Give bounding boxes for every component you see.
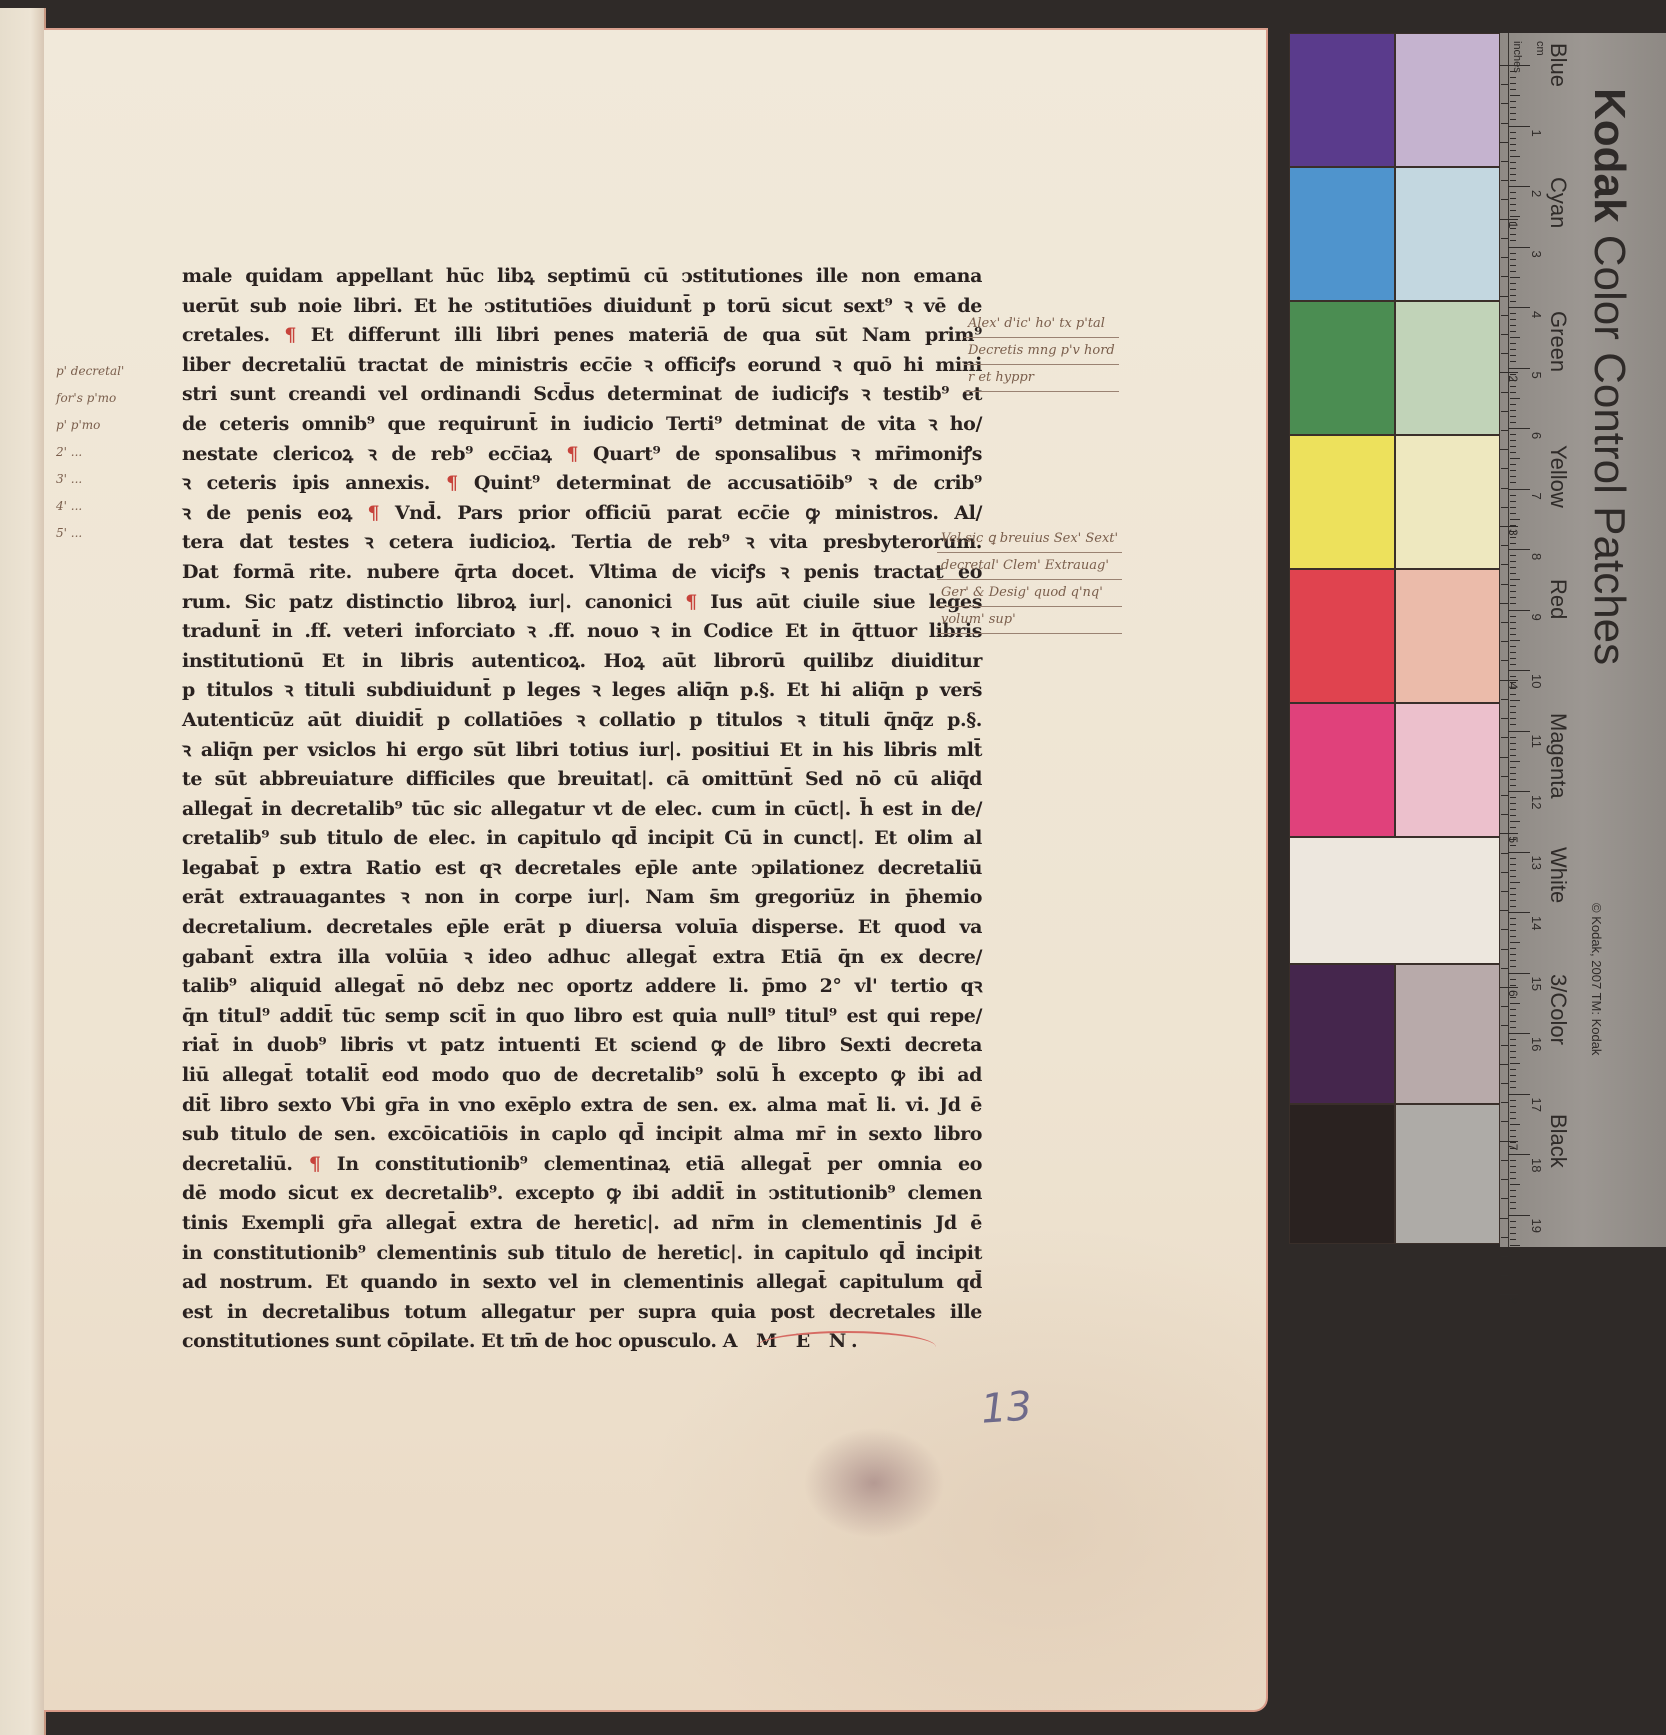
- ruler-tick: [1510, 192, 1516, 193]
- patch-cyan-full: [1289, 167, 1395, 301]
- text-line: tinis Exempli gr̄a allegat̄ extra de her…: [182, 1209, 982, 1239]
- ruler-tick: [1510, 228, 1516, 229]
- ruler-tick: [1510, 1124, 1520, 1125]
- ruler-tick: [1510, 83, 1516, 84]
- ruler-tick: [1510, 664, 1516, 665]
- ruler-tick: [1508, 852, 1530, 853]
- ruler-tick: [1510, 827, 1516, 828]
- inch-tick: [1501, 795, 1508, 796]
- cm-label: 17: [1529, 1098, 1544, 1112]
- patch-label: Yellow: [1545, 445, 1571, 508]
- inch-tick: [1501, 1045, 1508, 1046]
- ruler-tick: [1510, 573, 1516, 574]
- text-line: gabant̄ extra illa volūia ꝛ ideo adhuc a…: [182, 943, 982, 973]
- ruler-tick: [1510, 1039, 1516, 1040]
- ruler-tick: [1510, 253, 1516, 254]
- ruler-tick: [1510, 210, 1516, 211]
- cm-label: 13: [1529, 856, 1544, 870]
- ruler-tick: [1510, 930, 1516, 931]
- ruler-tick: [1510, 1184, 1520, 1185]
- inch-tick: [1501, 257, 1508, 258]
- ruler-tick: [1510, 1112, 1516, 1113]
- ruler-tick: [1510, 416, 1516, 417]
- ruler-tick: [1510, 101, 1516, 102]
- patch-yellow-full: [1289, 435, 1395, 569]
- ruler-tick: [1510, 579, 1520, 580]
- marginalia-line: r et hyppr: [964, 365, 1119, 392]
- text-line: decretalium. decretales ep̄le erāt p diu…: [182, 913, 982, 943]
- inch-tick: [1501, 276, 1508, 277]
- patch-yellow-tint: [1395, 435, 1500, 569]
- ruler-tick: [1510, 398, 1520, 399]
- text-line: allegat̄ in decretalib⁹ tūc sic allegatu…: [182, 795, 982, 825]
- ruler-tick: [1510, 900, 1516, 901]
- ruler-tick: [1510, 361, 1516, 362]
- text-line: decretaliū. ¶ In constitutionib⁹ clement…: [182, 1150, 982, 1180]
- ruler-tick: [1510, 289, 1516, 290]
- ruler-tick: [1510, 1081, 1516, 1082]
- ruler-tick: [1508, 549, 1530, 550]
- ruler-tick: [1510, 706, 1516, 707]
- inch-tick: [1501, 392, 1508, 393]
- ruler-tick: [1508, 186, 1530, 187]
- ruler-tick: [1510, 821, 1520, 822]
- ruler-tick: [1510, 767, 1516, 768]
- ruler-tick: [1510, 658, 1516, 659]
- ruler-tick: [1510, 313, 1516, 314]
- inch-tick: [1501, 103, 1508, 104]
- ruler-tick: [1510, 591, 1516, 592]
- ruler-tick: [1510, 519, 1520, 520]
- ruler-tick: [1510, 966, 1516, 967]
- inch-label: 6: [1506, 990, 1520, 997]
- ruler-tick: [1510, 513, 1516, 514]
- inch-tick: [1501, 699, 1508, 700]
- cm-label: 2: [1529, 190, 1544, 197]
- ruler-tick: [1510, 452, 1516, 453]
- text-line: legabat̄ p extra Ratio est qꝛ decretales…: [182, 854, 982, 884]
- text-line: nestate clericoꝝ ꝛ de reb⁹ ecc̄iaꝝ ¶ Qua…: [182, 440, 982, 470]
- ruler-tick: [1510, 1021, 1516, 1022]
- ruler-tick: [1510, 501, 1516, 502]
- ruler-tick: [1510, 773, 1516, 774]
- ruler-tick: [1510, 337, 1520, 338]
- text-line: cretales. ¶ Et differunt illi libri pene…: [182, 321, 982, 351]
- cm-label: 6: [1529, 432, 1544, 439]
- patch-label: Green: [1545, 311, 1571, 372]
- ruler-tick: [1510, 113, 1516, 114]
- inch-tick: [1501, 1160, 1508, 1161]
- inch-tick: [1500, 833, 1518, 834]
- patch-label: Cyan: [1545, 177, 1571, 228]
- ruler-tick: [1510, 924, 1516, 925]
- inch-tick: [1501, 1006, 1508, 1007]
- ruler-tick: [1510, 888, 1516, 889]
- ruler-tick: [1510, 162, 1516, 163]
- ruler-tick: [1510, 1221, 1516, 1222]
- cm-label: 14: [1529, 916, 1544, 930]
- inch-tick: [1501, 1025, 1508, 1026]
- ruler-tick: [1510, 985, 1516, 986]
- book-page: male quidam appellant hūc libꝝ septimū c…: [44, 28, 1268, 1712]
- patch-magenta-full: [1289, 703, 1395, 837]
- left-fold-strip: [0, 8, 46, 1735]
- text-line: de ceteris omnib⁹ que requirunt̄ in iudi…: [182, 410, 982, 440]
- ruler-tick: [1510, 265, 1516, 266]
- ruler-tick: [1510, 894, 1516, 895]
- marginalia-line: Vel sic ꝗ breuius Sex' Sext': [937, 526, 1122, 553]
- inch-tick: [1501, 545, 1508, 546]
- ruler-tick: [1510, 616, 1516, 617]
- ruler-tick: [1510, 1130, 1516, 1131]
- ruler-tick: [1510, 156, 1520, 157]
- patch-blue-tint: [1395, 33, 1500, 167]
- ruler-tick: [1508, 247, 1530, 248]
- ruler-tick: [1510, 1208, 1516, 1209]
- text-line: in constitutionib⁹ clementinis sub titul…: [182, 1239, 982, 1269]
- ruler-tick: [1510, 785, 1516, 786]
- ruler-tick: [1510, 1136, 1516, 1137]
- text-line: tera dat testes ꝛ cetera iudicioꝝ. Terti…: [182, 528, 982, 558]
- ruler-tick: [1510, 845, 1516, 846]
- ruler-tick: [1510, 331, 1516, 332]
- ruler-tick: [1508, 1033, 1530, 1034]
- cm-label: 3: [1529, 251, 1544, 258]
- inch-tick: [1501, 891, 1508, 892]
- inch-tick: [1501, 584, 1508, 585]
- ruler-tick: [1510, 1063, 1520, 1064]
- ruler-tick: [1510, 597, 1516, 598]
- inch-tick: [1501, 84, 1508, 85]
- ruler-tick: [1510, 392, 1516, 393]
- ruler-tick: [1510, 700, 1520, 701]
- inch-tick: [1501, 814, 1508, 815]
- ruler-tick: [1510, 1009, 1516, 1010]
- ruler-tick: [1510, 1160, 1516, 1161]
- ruler-tick: [1510, 942, 1520, 943]
- marginalia-line: Decretis mng p'v hord: [964, 338, 1119, 365]
- patch-cyan-tint: [1395, 167, 1500, 301]
- ruler-tick: [1510, 234, 1516, 235]
- text-line: stri sunt creandi vel ordinandi Scd̄us d…: [182, 380, 982, 410]
- patch-red-full: [1289, 569, 1395, 703]
- cm-label: 18: [1529, 1158, 1544, 1172]
- ruler-tick: [1510, 1057, 1516, 1058]
- inch-tick: [1501, 1198, 1508, 1199]
- inch-tick: [1501, 1179, 1508, 1180]
- ruler-tick: [1508, 610, 1530, 611]
- ruler-tick: [1510, 404, 1516, 405]
- ruler-tick: [1510, 815, 1516, 816]
- ruler-tick: [1510, 1075, 1516, 1076]
- inch-tick: [1501, 430, 1508, 431]
- text-line: tradunt̄ in .ff. veteri inforciato ꝛ .ff…: [182, 617, 982, 647]
- inch-tick: [1501, 507, 1508, 508]
- ruler-tick: [1510, 979, 1516, 980]
- patch-blue-full: [1289, 33, 1395, 167]
- text-line: dit̄ libro sexto Vbi gr̄a in vno exēplo …: [182, 1091, 982, 1121]
- inch-tick: [1501, 1083, 1508, 1084]
- inch-tick: [1501, 180, 1508, 181]
- text-line: ꝛ de penis eoꝝ ¶ Vnd̄. Pars prior offici…: [182, 499, 982, 529]
- ruler-tick: [1510, 240, 1516, 241]
- ruler-tick: [1510, 948, 1516, 949]
- ruler-tick: [1510, 77, 1516, 78]
- ruler-tick: [1510, 204, 1516, 205]
- patch-label: Blue: [1545, 43, 1571, 87]
- text-line: uerūt sub noie libri. Et he ↄstitutiōes …: [182, 292, 982, 322]
- cm-label: 4: [1529, 311, 1544, 318]
- ruler-tick: [1510, 864, 1516, 865]
- patch-3-color-full: [1289, 964, 1395, 1104]
- inch-tick: [1500, 987, 1518, 988]
- ruler-tick: [1510, 1069, 1516, 1070]
- ruler-strip: Kodak Color Control Patches © Kodak, 200…: [1500, 33, 1666, 1247]
- ruler-tick: [1510, 446, 1516, 447]
- inch-label: 4: [1506, 683, 1520, 690]
- ruler-tick: [1508, 973, 1530, 974]
- patch-white: [1289, 837, 1500, 964]
- ruler-tick: [1510, 434, 1516, 435]
- inch-tick: [1501, 334, 1508, 335]
- ruler-tick: [1510, 355, 1516, 356]
- ruler-tick: [1510, 1118, 1516, 1119]
- text-line: liū allegat̄ totalit̄ eod modo quo de de…: [182, 1061, 982, 1091]
- inch-tick: [1501, 1256, 1508, 1257]
- marginalia-line: p' p'mo: [52, 412, 128, 439]
- ruler-tick: [1510, 718, 1516, 719]
- ruler-tick: [1510, 132, 1516, 133]
- ruler-tick: [1508, 1215, 1530, 1216]
- patch-red-tint: [1395, 569, 1500, 703]
- ruler-tick: [1510, 277, 1520, 278]
- ruler-tick: [1510, 634, 1516, 635]
- inch-tick: [1501, 315, 1508, 316]
- inch-tick: [1501, 161, 1508, 162]
- ruler-tick: [1510, 168, 1516, 169]
- left-marginalia: p' decretal'for's p'mop' p'mo2' ...3' ..…: [52, 358, 128, 547]
- patch-black-tint: [1395, 1104, 1500, 1244]
- inch-tick: [1501, 1121, 1508, 1122]
- inch-tick: [1501, 968, 1508, 969]
- ruler-tick: [1510, 458, 1520, 459]
- patch-label: White: [1545, 847, 1571, 903]
- inch-tick: [1501, 872, 1508, 873]
- ruler-tick: [1510, 646, 1516, 647]
- inch-label: 2: [1506, 375, 1520, 382]
- text-line: rum. Sic patz distinctio libroꝝ iur|. ca…: [182, 588, 982, 618]
- marginalia-line: p' decretal': [52, 358, 128, 385]
- ruler-tick: [1510, 1233, 1516, 1234]
- inch-tick: [1501, 641, 1508, 642]
- inch-tick: [1501, 929, 1508, 930]
- ruler-tick: [1510, 797, 1516, 798]
- ruler-tick: [1510, 1245, 1520, 1246]
- ruler-tick: [1510, 1106, 1516, 1107]
- right-marginalia-2: Vel sic ꝗ breuius Sex' Sext' decretal' C…: [937, 526, 1122, 634]
- ruler-tick: [1510, 543, 1516, 544]
- ruler-tick: [1510, 271, 1516, 272]
- ruler-tick: [1510, 803, 1516, 804]
- ruler-tick: [1510, 1051, 1516, 1052]
- inch-tick: [1500, 1141, 1518, 1142]
- ruler-tick: [1510, 779, 1516, 780]
- ruler-tick: [1510, 537, 1516, 538]
- ruler-tick: [1510, 1178, 1516, 1179]
- cm-label: 16: [1529, 1037, 1544, 1051]
- inch-tick: [1501, 660, 1508, 661]
- ruler-tick: [1510, 640, 1520, 641]
- ruler-tick: [1510, 1015, 1516, 1016]
- inch-tick: [1501, 488, 1508, 489]
- ruler-tick: [1510, 464, 1516, 465]
- inch-tick: [1501, 1275, 1508, 1276]
- inch-tick: [1500, 680, 1518, 681]
- marginalia-line: 5' ...: [52, 520, 128, 547]
- right-marginalia-1: Alex' d'ic' ho' tx p'tal Decretis mng p'…: [964, 311, 1119, 392]
- ruler-tick: [1510, 936, 1516, 937]
- ruler-tick: [1510, 1003, 1520, 1004]
- inch-label: 8: [1506, 1297, 1520, 1304]
- marginalia-line: Alex' d'ic' ho' tx p'tal: [964, 311, 1119, 338]
- ruler-tick: [1510, 960, 1516, 961]
- patch-green-tint: [1395, 301, 1500, 435]
- ruler-tick: [1510, 180, 1516, 181]
- ruler-tick: [1510, 622, 1516, 623]
- patch-label: 3/Color: [1545, 974, 1571, 1045]
- marginalia-line: 2' ...: [52, 439, 128, 466]
- card-title: Kodak Color Control Patches: [1584, 88, 1634, 665]
- ruler-tick: [1508, 307, 1530, 308]
- ruler-tick: [1510, 325, 1516, 326]
- text-line: ꝛ aliq̄n per vsiclos hi ergo sūt libri t…: [182, 736, 982, 766]
- marginalia-line: 4' ...: [52, 493, 128, 520]
- ruler-tick: [1510, 138, 1516, 139]
- red-decorative-arc: [756, 1331, 936, 1363]
- marginalia-line: 3' ...: [52, 466, 128, 493]
- inch-tick: [1500, 65, 1518, 66]
- text-line: est in decretalibus totum allegatur per …: [182, 1298, 982, 1328]
- ruler-tick: [1510, 567, 1516, 568]
- ruler-tick: [1510, 809, 1516, 810]
- kodak-color-card: Kodak Color Control Patches © Kodak, 200…: [1289, 33, 1666, 1247]
- printed-text-block: male quidam appellant hūc libꝝ septimū c…: [182, 262, 982, 1357]
- cm-label: 10: [1529, 674, 1544, 688]
- ruler-tick: [1510, 870, 1516, 871]
- ruler-tick: [1510, 1196, 1516, 1197]
- marginalia-line: decretal' Clem' Extrauag': [937, 553, 1122, 580]
- ruler-tick: [1510, 1227, 1516, 1228]
- ruler-tick: [1510, 386, 1516, 387]
- cm-label: 5: [1529, 372, 1544, 379]
- ruler-tick: [1510, 755, 1516, 756]
- ruler-tick: [1510, 319, 1516, 320]
- text-line: talib⁹ aliquid allegat̄ nō debz nec opor…: [182, 972, 982, 1002]
- ruler-tick: [1510, 343, 1516, 344]
- inch-tick: [1501, 411, 1508, 412]
- ruler-tick: [1510, 482, 1516, 483]
- inch-label: 7: [1506, 1144, 1520, 1151]
- ruler-tick: [1510, 1239, 1516, 1240]
- marginalia-line: Ger' & Desig' quod q'nq': [937, 580, 1122, 607]
- text-line: sub titulo de sen. excōicatiōis in caplo…: [182, 1120, 982, 1150]
- patch-magenta-tint: [1395, 703, 1500, 837]
- ruler-tick: [1510, 906, 1516, 907]
- inch-tick: [1501, 238, 1508, 239]
- cm-label: 11: [1529, 735, 1544, 749]
- ruler-tick: [1510, 585, 1516, 586]
- inch-tick: [1501, 1102, 1508, 1103]
- text-line: dē modo sicut ex decretalib⁹. excepto ꝙ …: [182, 1179, 982, 1209]
- inch-tick: [1501, 123, 1508, 124]
- ruler-tick: [1510, 71, 1516, 72]
- cm-label: 8: [1529, 553, 1544, 560]
- ruler-tick: [1510, 495, 1516, 496]
- ruler-tick: [1510, 283, 1516, 284]
- ruler-tick: [1510, 1166, 1516, 1167]
- patch-label: Black: [1545, 1114, 1571, 1168]
- ruler-tick: [1510, 555, 1516, 556]
- ruler-tick: [1508, 489, 1530, 490]
- inch-tick: [1501, 776, 1508, 777]
- text-line: erāt extrauagantes ꝛ non in corpe iur|. …: [182, 883, 982, 913]
- ruler-tick: [1510, 1172, 1516, 1173]
- text-line: q̄n titul⁹ addit̄ tūc semp scit̄ in quo …: [182, 1002, 982, 1032]
- ruler-tick: [1510, 349, 1516, 350]
- ruler-tick: [1510, 918, 1516, 919]
- ruler-tick: [1510, 1087, 1516, 1088]
- marginalia-line: for's p'mo: [52, 385, 128, 412]
- inch-tick: [1501, 468, 1508, 469]
- text-line: institutionū Et in libris autenticoꝝ. Ho…: [182, 647, 982, 677]
- ruler-tick: [1510, 652, 1516, 653]
- ruler-tick: [1510, 476, 1516, 477]
- text-line: cretalib⁹ sub titulo de elec. in capitul…: [182, 824, 982, 854]
- inch-tick: [1501, 564, 1508, 565]
- ruler-tick: [1510, 470, 1516, 471]
- ruler-tick: [1510, 107, 1516, 108]
- ruler-tick: [1510, 1202, 1516, 1203]
- text-line: te sūt abbreuiature difficiles que breui…: [182, 765, 982, 795]
- patch-3-color-tint: [1395, 964, 1500, 1104]
- cm-label: 19: [1529, 1219, 1544, 1233]
- ruler-tick: [1510, 144, 1516, 145]
- ruler-tick: [1510, 761, 1520, 762]
- ruler-tick: [1510, 628, 1516, 629]
- ruler-tick: [1510, 882, 1520, 883]
- ruler-tick: [1510, 440, 1516, 441]
- inch-tick: [1501, 622, 1508, 623]
- cm-label: 1: [1529, 130, 1544, 137]
- inch-label: 1: [1506, 222, 1520, 229]
- text-line: ꝛ ceteris ipis annexis. ¶ Quint⁹ determi…: [182, 469, 982, 499]
- patch-black-full: [1289, 1104, 1395, 1244]
- cm-label: 7: [1529, 493, 1544, 500]
- ruler-tick: [1510, 410, 1516, 411]
- unit-inches: inches: [1511, 41, 1523, 73]
- ruler-tick: [1510, 95, 1520, 96]
- inch-label: 5: [1506, 836, 1520, 843]
- ruler-tick: [1510, 724, 1516, 725]
- patch-label: Red: [1545, 579, 1571, 619]
- text-line: male quidam appellant hūc libꝝ septimū c…: [182, 262, 982, 292]
- ruler-tick: [1508, 428, 1530, 429]
- patch-label: Magenta: [1545, 713, 1571, 799]
- ruler-tick: [1508, 731, 1530, 732]
- ruler-tick: [1510, 198, 1516, 199]
- ruler-baseline: [1508, 33, 1509, 1247]
- inch-tick: [1501, 353, 1508, 354]
